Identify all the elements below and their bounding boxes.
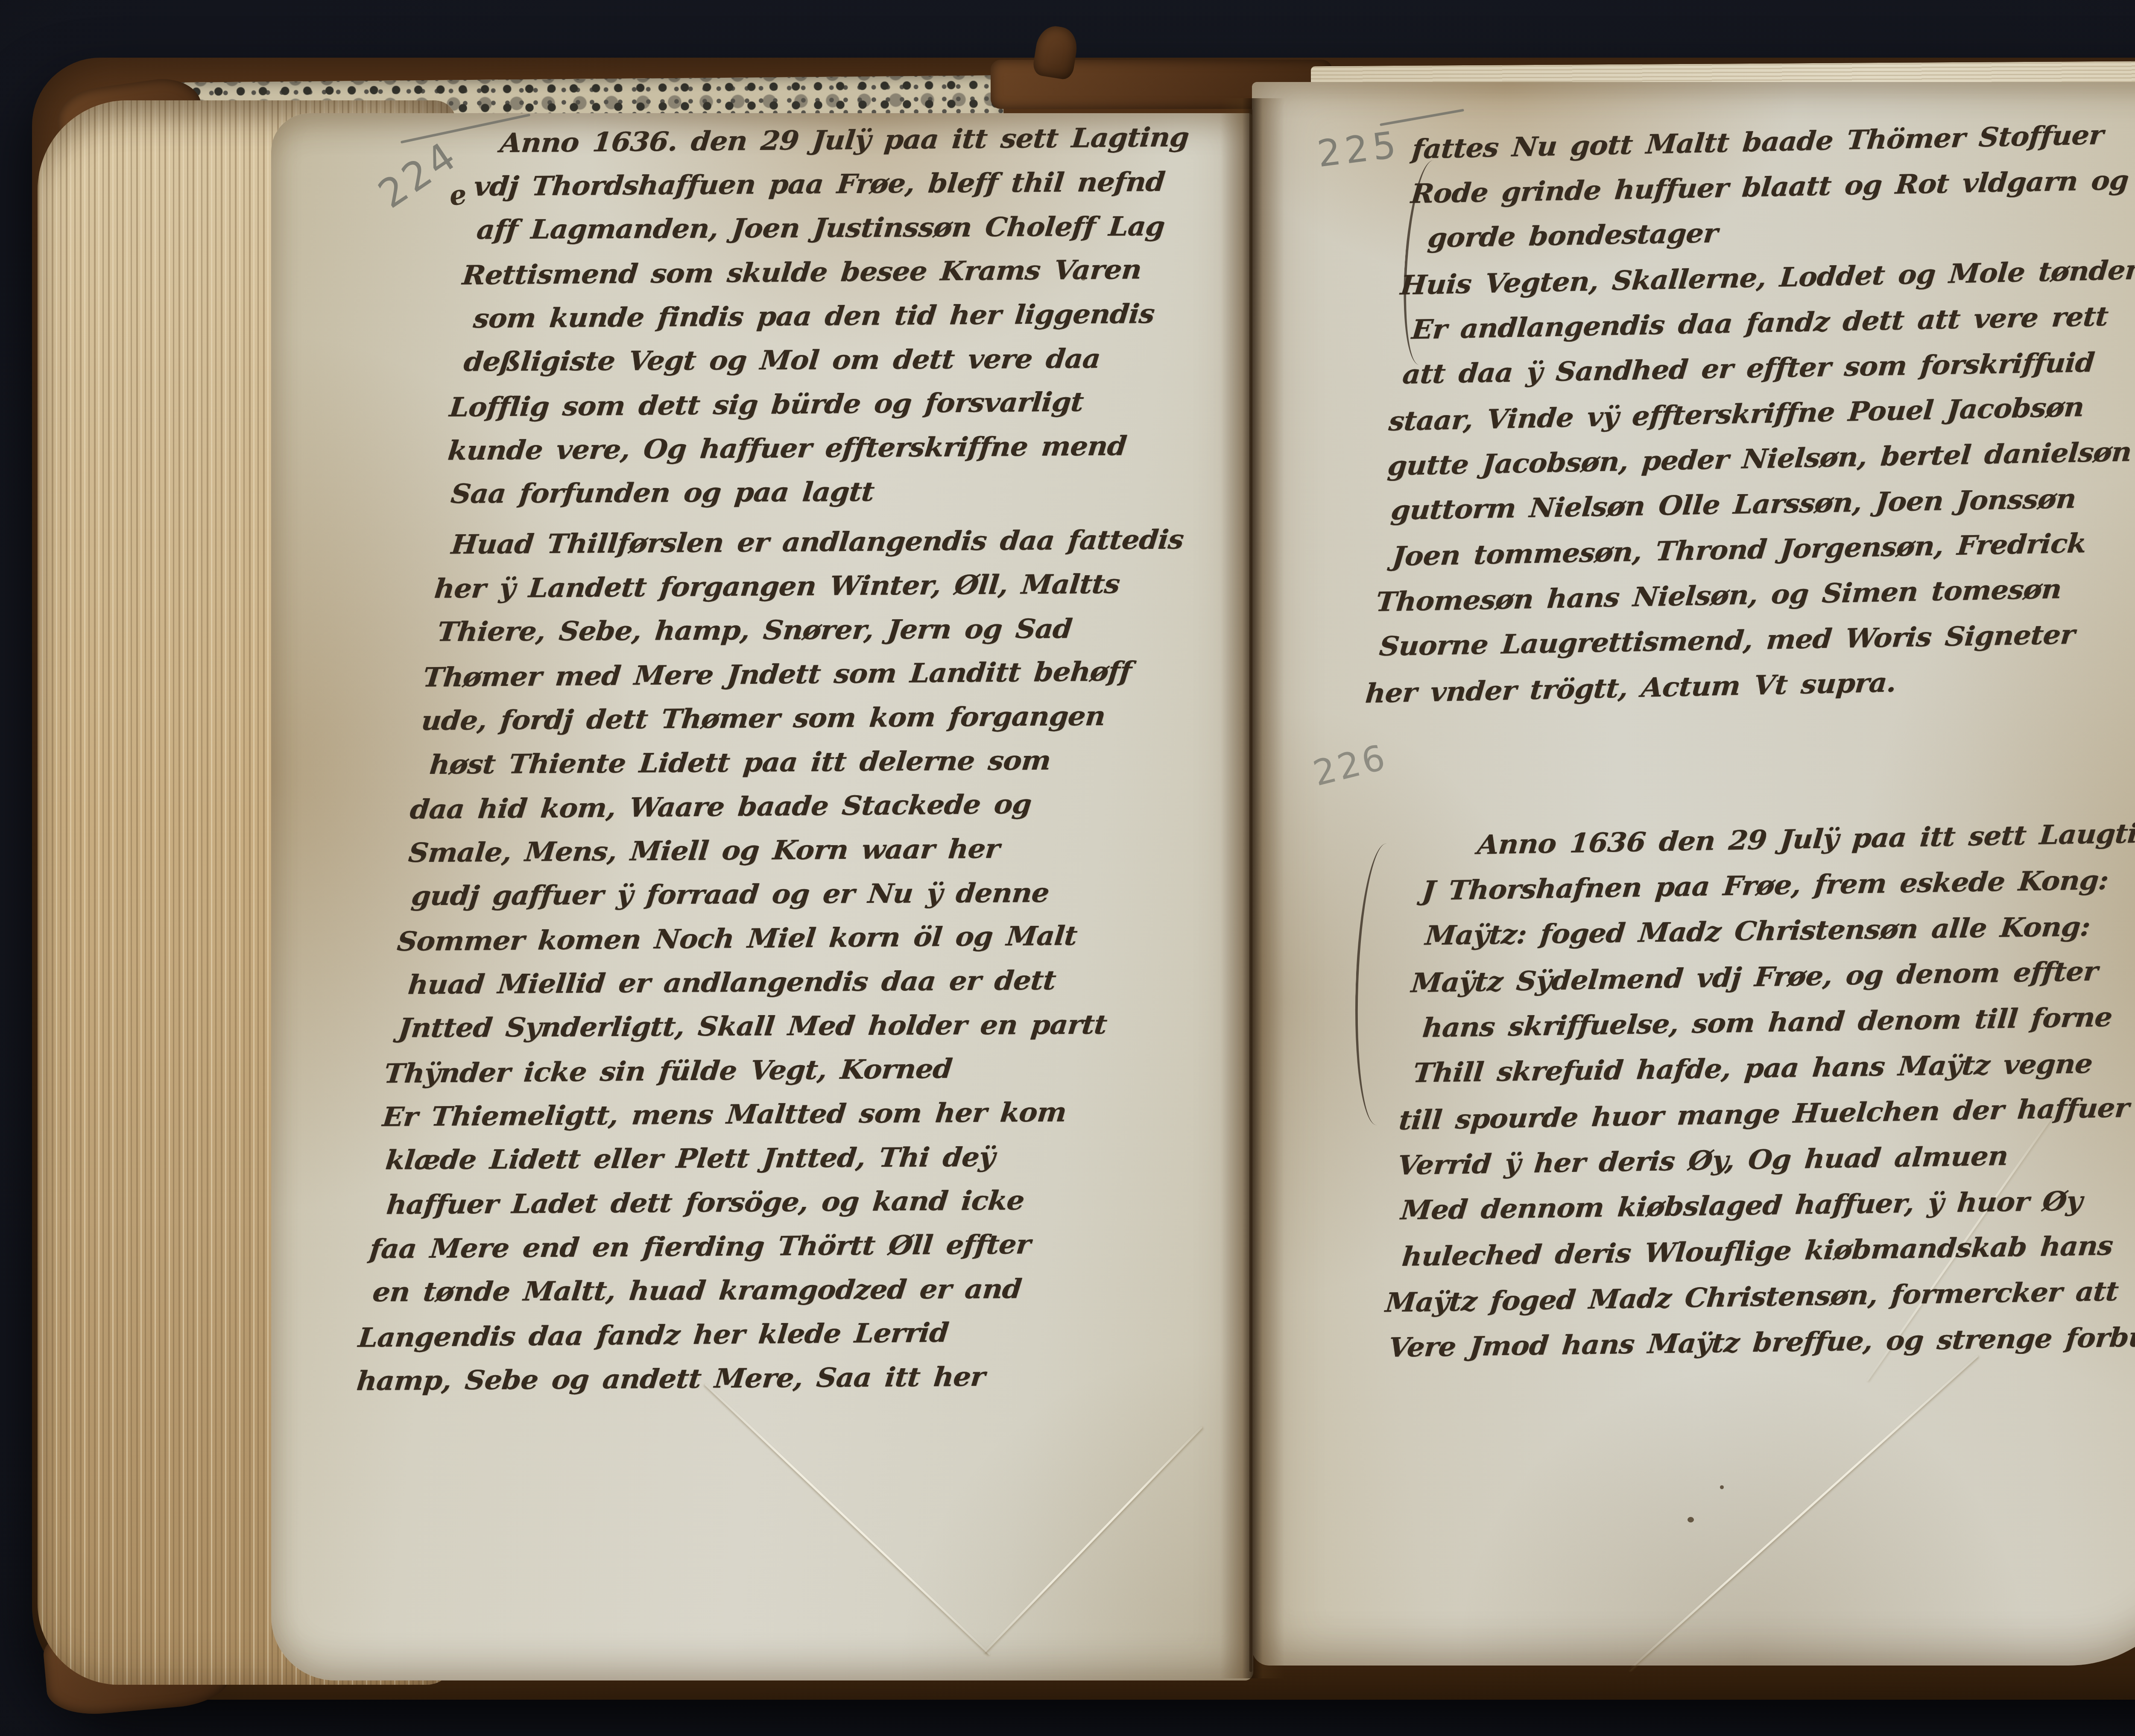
manuscript-line: Thÿnder icke sin fülde Vegt, Korned bbox=[382, 1045, 1193, 1095]
manuscript-line: faa Mere end en fierding Thörtt Øll efft… bbox=[368, 1221, 1179, 1271]
manuscript-line: Huad Thillførslen er andlangendis daa fa… bbox=[449, 517, 1261, 566]
manuscript-line: haffuer Ladet dett forsöge, og kand icke bbox=[384, 1177, 1196, 1227]
right-page-text-block-entry-2: Anno 1636 den 29 Julÿ paa itt sett Laugt… bbox=[1379, 809, 2135, 1371]
manuscript-line: Langendis daa fandz her klede Lerrid bbox=[356, 1309, 1167, 1359]
left-page-text-block: Anno 1636. den 29 Julÿ paa itt sett Lagt… bbox=[355, 115, 1287, 1403]
manuscript-line: Anno 1636. den 29 Julÿ paa itt sett Lagt… bbox=[498, 114, 1284, 165]
manuscript-line: Er Thiemeligtt, mens Maltted som her kom bbox=[380, 1089, 1192, 1139]
manuscript-line: deßligiste Vegt og Mol om dett vere daa bbox=[462, 336, 1273, 384]
right-page-text-block-entry-1: fattes Nu gott Maltt baade Thömer Stoffu… bbox=[1366, 111, 2135, 716]
manuscript-line: Thømer med Mere Jndett som Landitt behøf… bbox=[421, 648, 1232, 699]
manuscript-line: kunde vere, Og haffuer effterskriffne me… bbox=[446, 423, 1257, 472]
ink-blot bbox=[1720, 1485, 1724, 1489]
manuscript-line: Saa forfunden og paa lagtt bbox=[449, 468, 1260, 515]
manuscript-line: hamp, Sebe og andett Mere, Saa itt her bbox=[355, 1353, 1166, 1403]
manuscript-line: Sommer komen Noch Miel korn öl og Malt bbox=[395, 913, 1206, 963]
manuscript-line: Thiere, Sebe, hamp, Snører, Jern og Sad bbox=[435, 606, 1246, 653]
manuscript-line: som kunde findis paa den tid her liggend… bbox=[471, 291, 1283, 340]
ink-blot bbox=[1688, 1517, 1694, 1522]
manuscript-line: Jntted Synderligtt, Skall Med holder en … bbox=[396, 1002, 1208, 1050]
manuscript-line: daa hid kom, Waare baade Stackede og bbox=[408, 780, 1220, 831]
manuscript-line: vdj Thordshaffuen paa Frøe, bleff thil n… bbox=[472, 159, 1283, 208]
manuscript-line: Rettismend som skulde besee Krams Varen bbox=[460, 246, 1272, 297]
manuscript-line: ude, fordj dett Thømer som kom forgangen bbox=[419, 693, 1231, 743]
manuscript-line: høst Thiente Lidett paa itt delerne som bbox=[427, 737, 1239, 787]
archival-photo-stage: 224 225 226 e Anno 1636. den 29 Julÿ paa… bbox=[0, 0, 2135, 1736]
manuscript-line: huad Miellid er andlangendis daa er dett bbox=[406, 957, 1217, 1007]
manuscript-line: her ÿ Landett forgangen Winter, Øll, Mal… bbox=[432, 561, 1243, 611]
manuscript-line: klæde Lidett eller Plett Jntted, Thi deÿ bbox=[383, 1134, 1195, 1182]
manuscript-line: Lofflig som dett sig bürde og forsvarlig… bbox=[447, 378, 1259, 429]
manuscript-line: gudj gaffuer ÿ forraad og er Nu ÿ denne bbox=[409, 870, 1221, 918]
manuscript-line: aff Lagmanden, Joen Justinssøn Choleff L… bbox=[475, 204, 1286, 252]
manuscript-line: en tønde Maltt, huad kramgodzed er and bbox=[371, 1266, 1182, 1314]
manuscript-line: Smale, Mens, Miell og Korn waar her bbox=[407, 825, 1218, 875]
